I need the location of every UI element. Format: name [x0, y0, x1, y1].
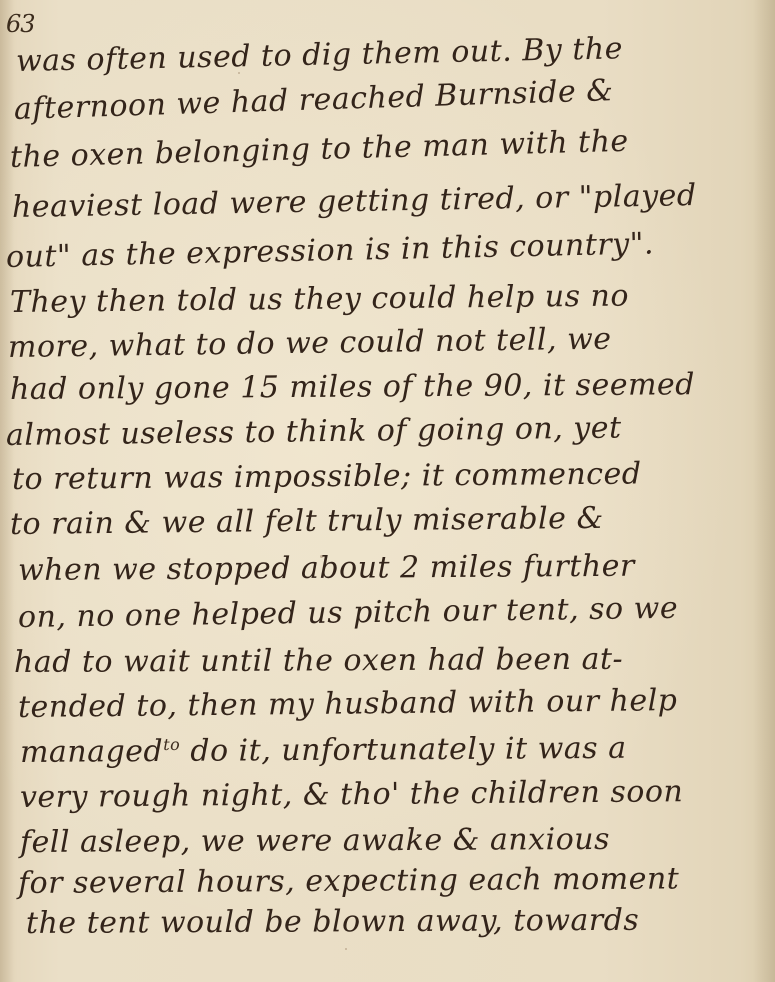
text-line-10: to return was impossible; it commenced — [12, 457, 642, 497]
text-line-9: almost useless to think of going on, yet — [6, 410, 622, 453]
text-line-16-end: do it, unfortunately it was a — [190, 731, 626, 769]
manuscript-page: 63 was often used to dig them out. By th… — [0, 0, 775, 982]
text-line-12: when we stopped about 2 miles further — [18, 549, 635, 588]
insertion-mark: to — [163, 735, 180, 754]
text-line-8: had only gone 15 miles of the 90, it see… — [10, 367, 695, 407]
paper-speck — [238, 72, 240, 74]
text-line-6: They then told us they could help us no — [10, 279, 629, 320]
text-line-16-start: managed — [20, 734, 163, 770]
page-gutter-shadow — [753, 0, 775, 982]
text-line-19: for several hours, expecting each moment — [18, 861, 680, 901]
text-line-18: fell asleep, we were awake & anxious — [20, 822, 610, 860]
text-line-15: tended to, then my husband with our help — [18, 683, 678, 725]
text-line-17: very rough night, & tho' the children so… — [20, 774, 684, 815]
text-line-1: was often used to dig them out. By the — [16, 31, 624, 79]
text-line-2: afternoon we had reached Burnside & — [13, 73, 613, 127]
text-line-3: the oxen belonging to the man with the — [10, 124, 630, 175]
text-line-11: to rain & we all felt truly miserable & — [10, 501, 604, 542]
paper-speck — [345, 948, 347, 950]
paper-speck — [320, 555, 323, 558]
text-line-16: managedto do it, unfortunately it was a — [20, 731, 627, 770]
text-line-7: more, what to do we could not tell, we — [8, 322, 612, 365]
text-line-14: had to wait until the oxen had been at- — [14, 642, 623, 680]
page-number: 63 — [6, 10, 35, 38]
text-line-5: out" as the expression is in this countr… — [6, 226, 655, 275]
text-line-20: the tent would be blown away, towards — [26, 903, 639, 941]
text-line-13: on, no one helped us pitch our tent, so … — [18, 591, 679, 635]
text-line-4: heaviest load were getting tired, or "pl… — [12, 178, 697, 225]
